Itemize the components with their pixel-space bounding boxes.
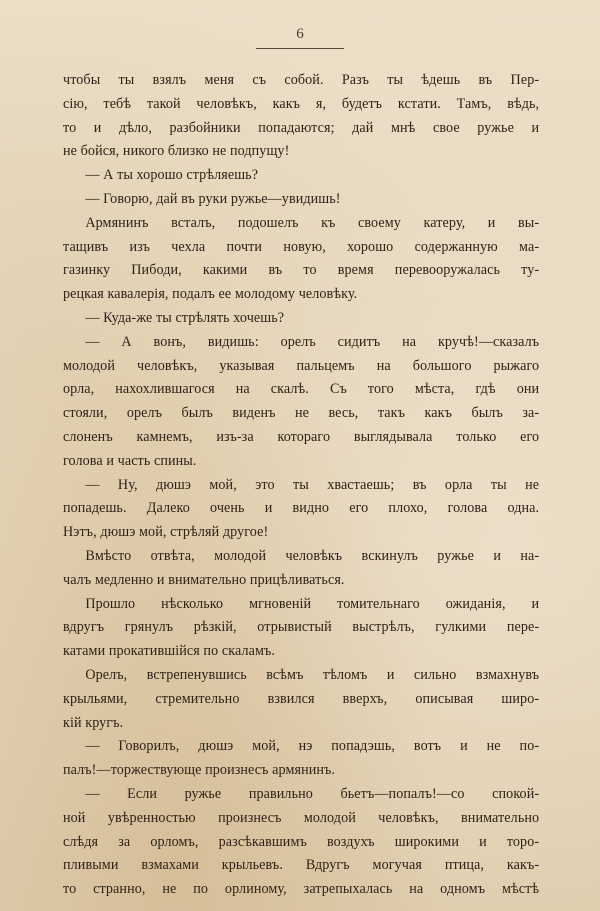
text-line: Вмѣсто отвѣта, молодой человѣкъ вскинулъ… <box>63 544 539 568</box>
text-line: — Если ружье правильно бьетъ—попалъ!—со … <box>63 782 539 806</box>
text-line: Орелъ, встрепенувшись всѣмъ тѣломъ и сил… <box>63 663 539 687</box>
text-line: — Ну, дюшэ мой, это ты хвастаешь; въ орл… <box>63 473 539 497</box>
text-line: — Куда-же ты стрѣлять хочешь? <box>63 306 539 330</box>
text-line: слоненъ камнемъ, изъ-за котораго выгляды… <box>63 425 539 449</box>
text-line: слѣдя за орломъ, разсѣкавшимъ воздухъ ши… <box>63 830 539 854</box>
header-rule <box>256 48 344 49</box>
text-line: катами прокатившійся по скаламъ. <box>63 639 539 663</box>
text-line: тащивъ изъ чехла почти новую, хорошо сод… <box>63 235 539 259</box>
text-line: орла, нахохлившагося на скалѣ. Съ того м… <box>63 377 539 401</box>
text-line: Прошло нѣсколько мгновеній томительнаго … <box>63 592 539 616</box>
text-line: ной увѣренностью произнесъ молодой челов… <box>63 806 539 830</box>
page-number: 6 <box>0 26 600 43</box>
body-text: чтобы ты взялъ меня съ собой. Разъ ты ѣд… <box>63 68 539 901</box>
text-line: Нэтъ, дюшэ мой, стрѣляй другое! <box>63 520 539 544</box>
text-line: стояли, орелъ былъ виденъ не весь, такъ … <box>63 401 539 425</box>
text-line: — А вонъ, видишь: орелъ сидитъ на кручѣ!… <box>63 330 539 354</box>
text-line: — Говорилъ, дюшэ мой, нэ попадэшь, вотъ … <box>63 734 539 758</box>
text-line: пливыми взмахами крыльевъ. Вдругъ могуча… <box>63 853 539 877</box>
text-line: голова и часть спины. <box>63 449 539 473</box>
text-line: то странно, не по орлиному, затрепыхалас… <box>63 877 539 901</box>
text-line: палъ!—торжествующе произнесъ армянинъ. <box>63 758 539 782</box>
text-line: — А ты хорошо стрѣляешь? <box>63 163 539 187</box>
text-line: рецкая кавалерія, подалъ ее молодому чел… <box>63 282 539 306</box>
text-line: сію, тебѣ такой человѣкъ, какъ я, будетъ… <box>63 92 539 116</box>
text-line: газинку Пибоди, какими въ то время перев… <box>63 258 539 282</box>
text-line: попадешь. Далеко очень и видно его плохо… <box>63 496 539 520</box>
text-line: чтобы ты взялъ меня съ собой. Разъ ты ѣд… <box>63 68 539 92</box>
book-page: 6 чтобы ты взялъ меня съ собой. Разъ ты … <box>0 0 600 911</box>
text-line: Армянинъ всталъ, подошелъ къ своему кате… <box>63 211 539 235</box>
text-line: чалъ медленно и внимательно прицѣливатьс… <box>63 568 539 592</box>
text-line: то и дѣло, разбойники попадаются; дай мн… <box>63 116 539 140</box>
text-line: крыльями, стремительно взвился вверхъ, о… <box>63 687 539 711</box>
text-line: молодой человѣкъ, указывая пальцемъ на б… <box>63 354 539 378</box>
text-line: не бойся, никого близко не подпущу! <box>63 139 539 163</box>
text-line: кій кругъ. <box>63 711 539 735</box>
text-line: вдругъ грянулъ рѣзкій, отрывистый выстрѣ… <box>63 615 539 639</box>
text-line: — Говорю, дай въ руки ружье—увидишь! <box>63 187 539 211</box>
